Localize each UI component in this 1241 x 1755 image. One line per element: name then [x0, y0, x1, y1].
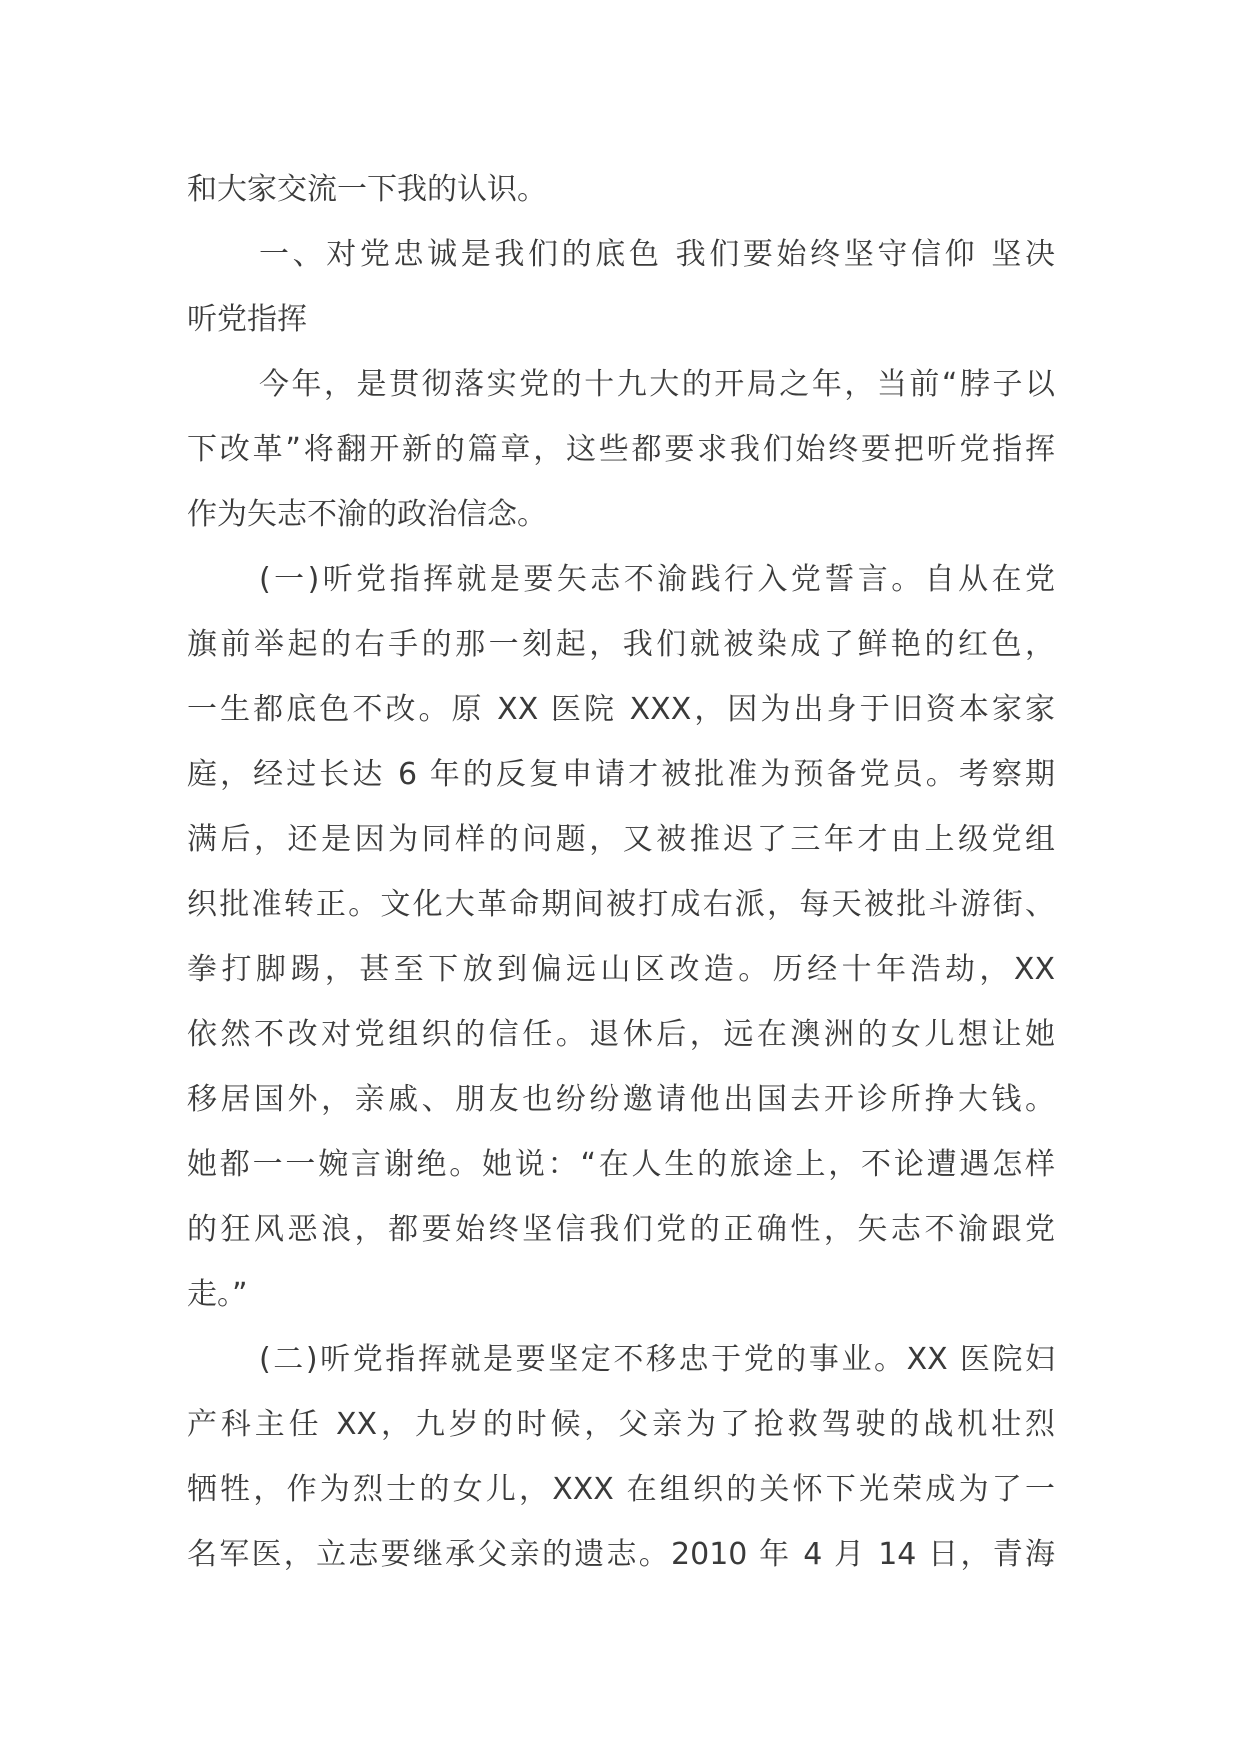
text-line: 庭，经过长达 6 年的反复申请才被批准为预备党员。考察期	[187, 742, 1055, 807]
text-line: (一)听党指挥就是要矢志不渝践行入党誓言。自从在党	[187, 547, 1055, 612]
document-page: 和大家交流一下我的认识。一、对党忠诚是我们的底色 我们要始终坚守信仰 坚决听党指…	[0, 0, 1241, 1755]
text-line: 一生都底色不改。原 XX 医院 XXX，因为出身于旧资本家家	[187, 677, 1055, 742]
document-body: 和大家交流一下我的认识。一、对党忠诚是我们的底色 我们要始终坚守信仰 坚决听党指…	[187, 157, 1055, 1587]
text-line: 产科主任 XX，九岁的时候，父亲为了抢救驾驶的战机壮烈	[187, 1392, 1055, 1457]
text-line: 移居国外，亲戚、朋友也纷纷邀请他出国去开诊所挣大钱。	[187, 1067, 1055, 1132]
text-line: 和大家交流一下我的认识。	[187, 157, 1055, 222]
text-line: 今年，是贯彻落实党的十九大的开局之年，当前“脖子以	[187, 352, 1055, 417]
text-line: 满后，还是因为同样的问题，又被推迟了三年才由上级党组	[187, 807, 1055, 872]
text-line: 拳打脚踢，甚至下放到偏远山区改造。历经十年浩劫，XX	[187, 937, 1055, 1002]
text-line: 她都一一婉言谢绝。她说：“在人生的旅途上，不论遭遇怎样	[187, 1132, 1055, 1197]
text-line: 牺牲，作为烈士的女儿，XXX 在组织的关怀下光荣成为了一	[187, 1457, 1055, 1522]
text-line: 织批准转正。文化大革命期间被打成右派，每天被批斗游街、	[187, 872, 1055, 937]
text-line: 下改革”将翻开新的篇章，这些都要求我们始终要把听党指挥	[187, 417, 1055, 482]
text-line: 旗前举起的右手的那一刻起，我们就被染成了鲜艳的红色，	[187, 612, 1055, 677]
text-line: 作为矢志不渝的政治信念。	[187, 482, 1055, 547]
heading-line: 一、对党忠诚是我们的底色 我们要始终坚守信仰 坚决	[187, 222, 1055, 287]
text-line: 依然不改对党组织的信任。退休后，远在澳洲的女儿想让她	[187, 1002, 1055, 1067]
text-line: 名军医，立志要继承父亲的遗志。2010 年 4 月 14 日，青海	[187, 1522, 1055, 1587]
heading-line: 听党指挥	[187, 287, 1055, 352]
text-line: 走。”	[187, 1262, 1055, 1327]
text-line: 的狂风恶浪，都要始终坚信我们党的正确性，矢志不渝跟党	[187, 1197, 1055, 1262]
text-line: (二)听党指挥就是要坚定不移忠于党的事业。XX 医院妇	[187, 1327, 1055, 1392]
